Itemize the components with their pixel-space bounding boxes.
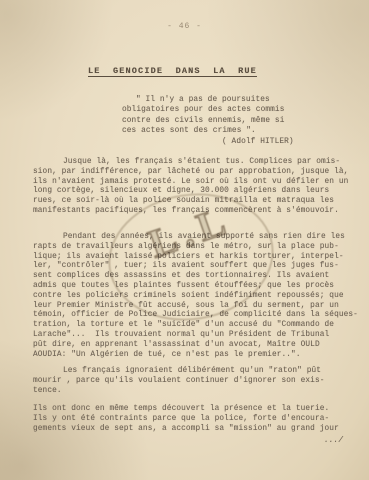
page-title: LE GENOCIDE DANS LA RUE [88, 66, 257, 76]
epigraph-quote: " Il n'y a pas de poursuites obligatoire… [122, 95, 312, 137]
scanned-document-page: - 46 - LE GENOCIDE DANS LA RUE " Il n'y … [0, 0, 369, 480]
epigraph-attribution: ( Adolf HITLER) [222, 138, 294, 148]
continuation-mark: .../ [324, 437, 343, 447]
paragraph-3: Les français ignoraient délibérément qu'… [33, 367, 355, 396]
paragraph-2: Pendant des années, ils avaient supporté… [33, 233, 361, 360]
paragraph-4: Ils ont donc en même temps découvert la … [33, 405, 355, 434]
page-number: - 46 - [0, 22, 369, 31]
paragraph-1: Jusque là, les français s'étaient tus. C… [33, 158, 355, 217]
